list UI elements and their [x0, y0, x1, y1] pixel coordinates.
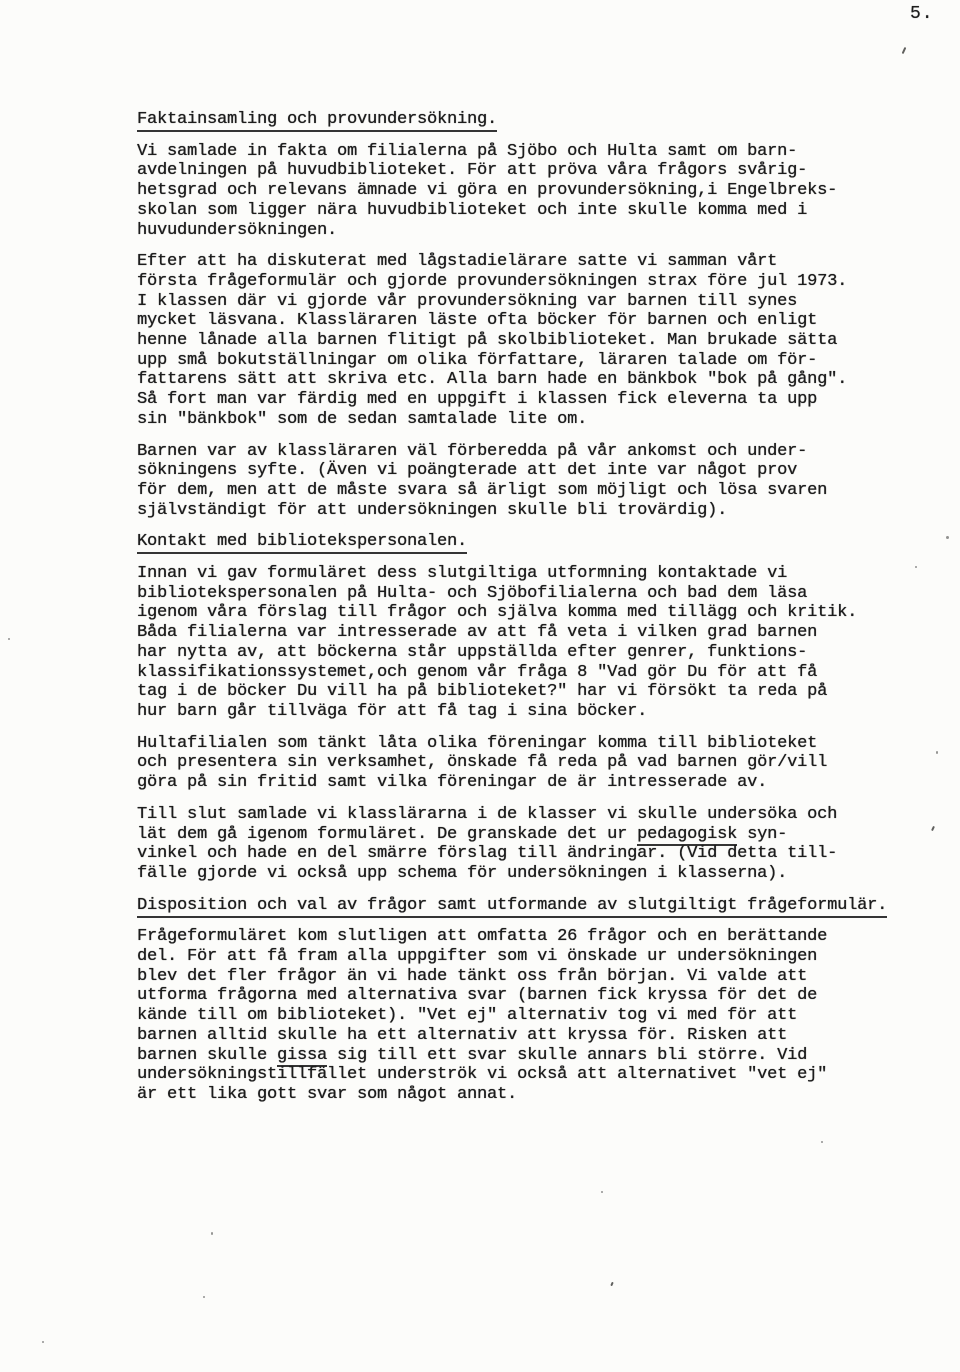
text-line: upp små bokutställningar om olika förfat… — [137, 351, 932, 371]
text-line-with-underlined-word: barnen skulle gissa sig till ett svar sk… — [137, 1046, 932, 1066]
text-line: Så fort man var färdig med en uppgift i … — [137, 390, 932, 410]
text-line: mycket läsvana. Klassläraren läste ofta … — [137, 311, 932, 331]
text-line-with-underlined-word: lät dem gå igenom formuläret. De granska… — [137, 825, 932, 845]
text-line: Efter att ha diskuterat med lågstadielär… — [137, 252, 932, 272]
paragraph: Innan vi gav formuläret dess slutgiltiga… — [137, 564, 932, 722]
section-heading-text: Disposition och val av frågor samt utfor… — [137, 896, 887, 918]
text-line: och presentera sin verksamhet, önskade f… — [137, 753, 932, 773]
text-line: Vi samlade in fakta om filialerna på Sjö… — [137, 142, 932, 162]
text-segment: barnen skulle — [137, 1046, 277, 1065]
scan-speck — [915, 566, 917, 568]
text-line: är ett lika gott svar som något annat. — [137, 1085, 932, 1105]
text-line: Till slut samlade vi klasslärarna i de k… — [137, 805, 932, 825]
text-line: bibliotekspersonalen på Hulta- och Sjöbo… — [137, 584, 932, 604]
text-line: barnen alltid skulle ha ett alternativ a… — [137, 1026, 932, 1046]
document-content: Faktainsamling och provundersökning. Vi … — [137, 110, 932, 1105]
scan-speck — [42, 1341, 44, 1343]
text-segment: sig till ett svar skulle annars bli stör… — [327, 1046, 807, 1065]
paragraph: Frågeformuläret kom slutligen att omfatt… — [137, 927, 932, 1104]
text-line: tag i de böcker Du vill ha på biblioteke… — [137, 682, 932, 702]
paragraph: Barnen var av klassläraren väl förberedd… — [137, 442, 932, 521]
paragraph: Hultafilialen som tänkt låta olika fören… — [137, 734, 932, 793]
text-line: avdelningen på huvudbiblioteket. För att… — [137, 161, 932, 181]
text-line: första frågeformulär och gjorde provunde… — [137, 272, 932, 292]
underlined-word: gissa — [277, 1046, 327, 1067]
scan-speck — [902, 47, 907, 54]
text-line: del. För att få fram alla uppgifter som … — [137, 947, 932, 967]
section-heading: Kontakt med bibliotekspersonalen. — [137, 532, 932, 552]
text-line: vinkel och hade en del smärre förslag ti… — [137, 844, 932, 864]
text-line: för dem, men att de måste svara så ärlig… — [137, 481, 932, 501]
text-line: huvudundersökningen. — [137, 221, 932, 241]
scan-speck — [8, 638, 10, 640]
paragraph: Efter att ha diskuterat med lågstadielär… — [137, 252, 932, 429]
document-page: 5. Faktainsamling och provundersökning. … — [0, 0, 960, 1372]
section-heading-text: Kontakt med bibliotekspersonalen. — [137, 532, 467, 554]
text-line: I klassen där vi gjorde vår provundersök… — [137, 292, 932, 312]
text-line: hur barn går tillväga för att få tag i s… — [137, 702, 932, 722]
scan-speck — [203, 1296, 205, 1298]
text-line: igenom våra förslag till frågor och själ… — [137, 603, 932, 623]
text-line: har nytta av, att böckerna står uppställ… — [137, 643, 932, 663]
text-line: sökningens syfte. (Även vi poängterade a… — [137, 461, 932, 481]
scan-speck — [610, 1282, 614, 1286]
text-line: hetsgrad och relevans ämnade vi göra en … — [137, 181, 932, 201]
text-line: fälle gjorde vi också upp schema för und… — [137, 864, 932, 884]
text-segment: syn- — [737, 825, 787, 844]
scan-speck — [211, 1232, 213, 1235]
text-line: skolan som ligger nära huvudbiblioteket … — [137, 201, 932, 221]
scan-speck — [601, 1191, 603, 1193]
text-line: självständigt för att undersökningen sku… — [137, 501, 932, 521]
section-heading: Disposition och val av frågor samt utfor… — [137, 896, 932, 916]
text-line: kände till om biblioteket). "Vet ej" alt… — [137, 1006, 932, 1026]
text-line: fattarens sätt att skriva etc. Alla barn… — [137, 370, 932, 390]
underlined-word: pedagogisk — [637, 825, 737, 846]
text-line: Innan vi gav formuläret dess slutgiltiga… — [137, 564, 932, 584]
paragraph: Till slut samlade vi klasslärarna i de k… — [137, 805, 932, 884]
text-line: Frågeformuläret kom slutligen att omfatt… — [137, 927, 932, 947]
text-line: Hultafilialen som tänkt låta olika fören… — [137, 734, 932, 754]
paragraph: Vi samlade in fakta om filialerna på Sjö… — [137, 142, 932, 241]
text-line: utforma frågorna med alternativa svar (b… — [137, 986, 932, 1006]
text-line: Barnen var av klassläraren väl förberedd… — [137, 442, 932, 462]
page-number: 5. — [910, 4, 934, 24]
text-line: göra på sin fritid samt vilka föreningar… — [137, 773, 932, 793]
text-line: klassifikationssystemet,och genom vår fr… — [137, 663, 932, 683]
scan-speck — [821, 1141, 823, 1143]
section-heading-text: Faktainsamling och provundersökning. — [137, 110, 497, 132]
text-line: undersökningstillfället underströk vi oc… — [137, 1065, 932, 1085]
text-line: henne lånade alla barnen flitigt på skol… — [137, 331, 932, 351]
text-line: blev det fler frågor än vi hade tänkt os… — [137, 967, 932, 987]
text-line: sin "bänkbok" som de sedan samtalade lit… — [137, 410, 932, 430]
section-heading: Faktainsamling och provundersökning. — [137, 110, 932, 130]
scan-speck — [946, 536, 949, 539]
scan-speck — [936, 751, 938, 754]
scan-speck — [931, 826, 935, 831]
text-line: Båda filialerna var intresserade av att … — [137, 623, 932, 643]
text-segment: lät dem gå igenom formuläret. De granska… — [137, 825, 637, 844]
